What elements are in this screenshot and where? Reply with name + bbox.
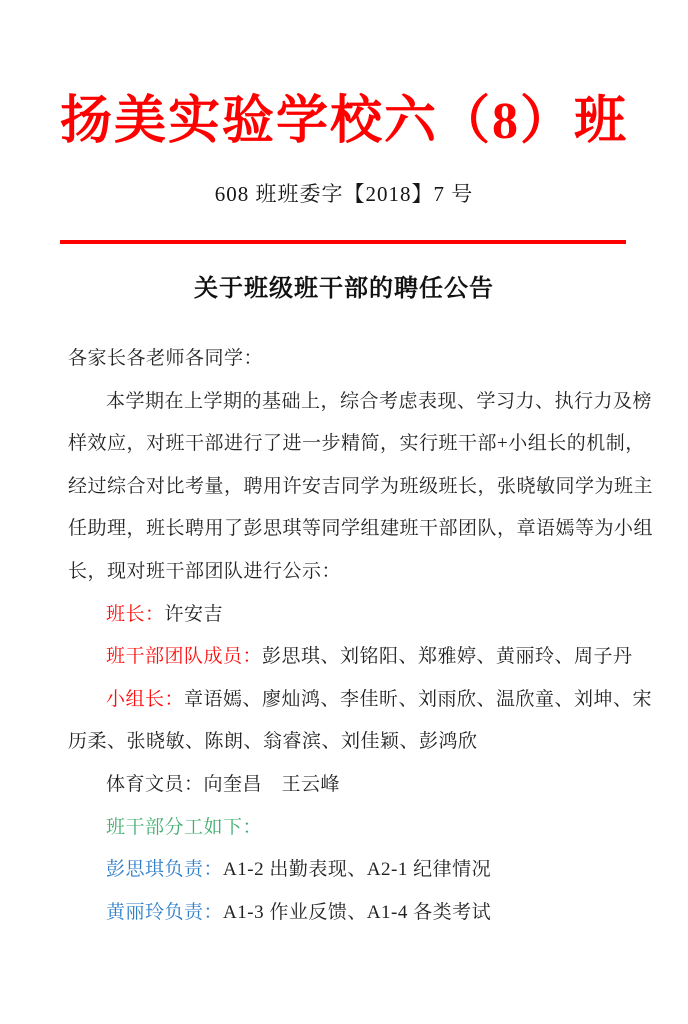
red-divider	[60, 240, 626, 244]
sports-clerks-text: 体育文员：向奎昌 王云峰	[106, 774, 340, 795]
appointment-monitor: 班长：许安吉	[68, 594, 624, 637]
paragraph-text: 本学期在上学期的基础上，综合考虑表现、学习力、执行力及榜	[106, 391, 652, 412]
monitor-name: 许安吉	[165, 604, 224, 625]
paragraph-text: 样效应，对班干部进行了进一步精简，实行班干部+小组长的机制，	[68, 433, 645, 454]
division-of-duties-header: 班干部分工如下：	[68, 807, 624, 850]
monitor-label: 班长：	[106, 604, 165, 625]
group-leaders-names: 章语嫣、廖灿鸿、李佳昕、刘雨欣、温欣童、刘坤、宋	[184, 689, 652, 710]
paragraph-text: 任助理，班长聘用了彭思琪等同学组建班干部团队，章语嫣等为小组	[68, 518, 653, 539]
duty-line-huangliling: 黄丽玲负责：A1-3 作业反馈、A1-4 各类考试	[68, 892, 624, 935]
duty-person-label: 黄丽玲负责：	[106, 902, 223, 923]
salutation-text: 各家长各老师各同学：	[68, 348, 263, 369]
document-page: 扬美实验学校六（8）班 608 班班委字【2018】7 号 关于班级班干部的聘任…	[0, 0, 688, 1024]
paragraph-line-2: 样效应，对班干部进行了进一步精简，实行班干部+小组长的机制，	[68, 423, 624, 466]
paragraph-line-5: 长，现对班干部团队进行公示：	[68, 551, 624, 594]
cadre-team-label: 班干部团队成员：	[106, 646, 262, 667]
division-header-text: 班干部分工如下：	[106, 817, 262, 838]
paragraph-line-1: 本学期在上学期的基础上，综合考虑表现、学习力、执行力及榜	[68, 381, 624, 424]
appointment-sports-clerks: 体育文员：向奎昌 王云峰	[68, 764, 624, 807]
document-number: 608 班班委字【2018】7 号	[0, 178, 688, 208]
paragraph-text: 长，现对班干部团队进行公示：	[68, 561, 341, 582]
duty-line-pengsiqi: 彭思琪负责：A1-2 出勤表现、A2-1 纪律情况	[68, 849, 624, 892]
group-leaders-names: 历柔、张晓敏、陈朗、翁睿滨、刘佳颖、彭鸿欣	[68, 731, 478, 752]
group-leaders-label: 小组长：	[106, 689, 184, 710]
appointment-group-leaders-continued: 历柔、张晓敏、陈朗、翁睿滨、刘佳颖、彭鸿欣	[68, 721, 624, 764]
paragraph-line-4: 任助理，班长聘用了彭思琪等同学组建班干部团队，章语嫣等为小组	[68, 508, 624, 551]
duty-items: A1-2 出勤表现、A2-1 纪律情况	[223, 859, 491, 880]
salutation: 各家长各老师各同学：	[68, 338, 624, 381]
duty-person-label: 彭思琪负责：	[106, 859, 223, 880]
appointment-group-leaders: 小组长：章语嫣、廖灿鸿、李佳昕、刘雨欣、温欣童、刘坤、宋	[68, 679, 624, 722]
document-title: 扬美实验学校六（8）班	[0, 88, 688, 156]
document-body: 各家长各老师各同学：本学期在上学期的基础上，综合考虑表现、学习力、执行力及榜样效…	[68, 338, 624, 934]
paragraph-text: 经过综合对比考量，聘用许安吉同学为班级班长，张晓敏同学为班主	[68, 476, 653, 497]
announcement-heading: 关于班级班干部的聘任公告	[0, 268, 688, 303]
paragraph-line-3: 经过综合对比考量，聘用许安吉同学为班级班长，张晓敏同学为班主	[68, 466, 624, 509]
duty-items: A1-3 作业反馈、A1-4 各类考试	[223, 902, 491, 923]
cadre-team-names: 彭思琪、刘铭阳、郑雅婷、黄丽玲、周子丹	[262, 646, 633, 667]
appointment-cadre-team: 班干部团队成员：彭思琪、刘铭阳、郑雅婷、黄丽玲、周子丹	[68, 636, 624, 679]
